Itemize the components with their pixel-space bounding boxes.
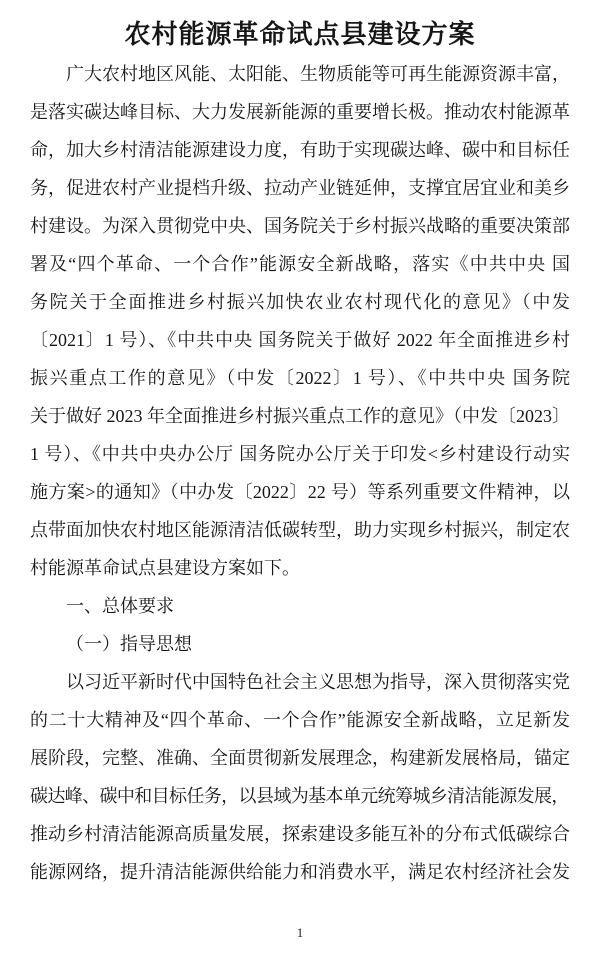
paragraph-line: 〔2021〕1 号）、《中共中央 国务院关于做好 2022 年全面推进乡村 (30, 321, 570, 359)
paragraph-line: 点带面加快农村地区能源清洁低碳转型，助力实现乡村振兴，制定农 (30, 511, 570, 549)
paragraph-line: 署及“四个革命、一个合作”能源安全新战略，落实《中共中央 国 (30, 245, 570, 283)
subsection-heading-guiding-ideology: （一）指导思想 (30, 625, 570, 663)
paragraph-intro: 广大农村地区风能、太阳能、生物质能等可再生能源资源丰富， 是落实碳达峰目标、大力… (30, 55, 570, 587)
paragraph-line: 展阶段，完整、准确、全面贯彻新发展理念，构建新发展格局，锚定 (30, 739, 570, 777)
section-heading-overall-requirements: 一、总体要求 (30, 587, 570, 625)
paragraph-line: 关于做好 2023 年全面推进乡村振兴重点工作的意见》（中发〔2023〕 (30, 397, 570, 435)
document-page: 农村能源革命试点县建设方案 广大农村地区风能、太阳能、生物质能等可再生能源资源丰… (30, 0, 570, 891)
document-title: 农村能源革命试点县建设方案 (30, 15, 570, 55)
paragraph-line: 村建设。为深入贯彻党中央、国务院关于乡村振兴战略的重要决策部 (30, 207, 570, 245)
paragraph-line: 务，促进农村产业提档升级、拉动产业链延伸，支撑宜居宜业和美乡 (30, 169, 570, 207)
paragraph-line: 的二十大精神及“四个革命、一个合作”能源安全新战略，立足新发 (30, 701, 570, 739)
paragraph-line: 务院关于全面推进乡村振兴加快农业农村现代化的意见》（中发 (30, 283, 570, 321)
page-number: 1 (0, 925, 600, 941)
paragraph-line: 施方案>的通知》（中办发〔2022〕22 号）等系列重要文件精神，以 (30, 473, 570, 511)
paragraph-line: 振兴重点工作的意见》（中发〔2022〕1 号）、《中共中央 国务院 (30, 359, 570, 397)
paragraph-line: 村能源革命试点县建设方案如下。 (30, 549, 570, 587)
paragraph-line: 1 号）、《中共中央办公厅 国务院办公厅关于印发<乡村建设行动实 (30, 435, 570, 473)
paragraph-guiding-ideology: 以习近平新时代中国特色社会主义思想为指导，深入贯彻落实党 的二十大精神及“四个革… (30, 663, 570, 891)
paragraph-line: 以习近平新时代中国特色社会主义思想为指导，深入贯彻落实党 (30, 663, 570, 701)
paragraph-line: 能源网络，提升清洁能源供给能力和消费水平，满足农村经济社会发 (30, 853, 570, 891)
paragraph-line: 推动乡村清洁能源高质量发展，探索建设多能互补的分布式低碳综合 (30, 815, 570, 853)
paragraph-line: 命，加大乡村清洁能源建设力度，有助于实现碳达峰、碳中和目标任 (30, 131, 570, 169)
paragraph-line: 是落实碳达峰目标、大力发展新能源的重要增长极。推动农村能源革 (30, 93, 570, 131)
paragraph-line: 广大农村地区风能、太阳能、生物质能等可再生能源资源丰富， (30, 55, 570, 93)
paragraph-line: 碳达峰、碳中和目标任务，以县域为基本单元统筹城乡清洁能源发展， (30, 777, 570, 815)
